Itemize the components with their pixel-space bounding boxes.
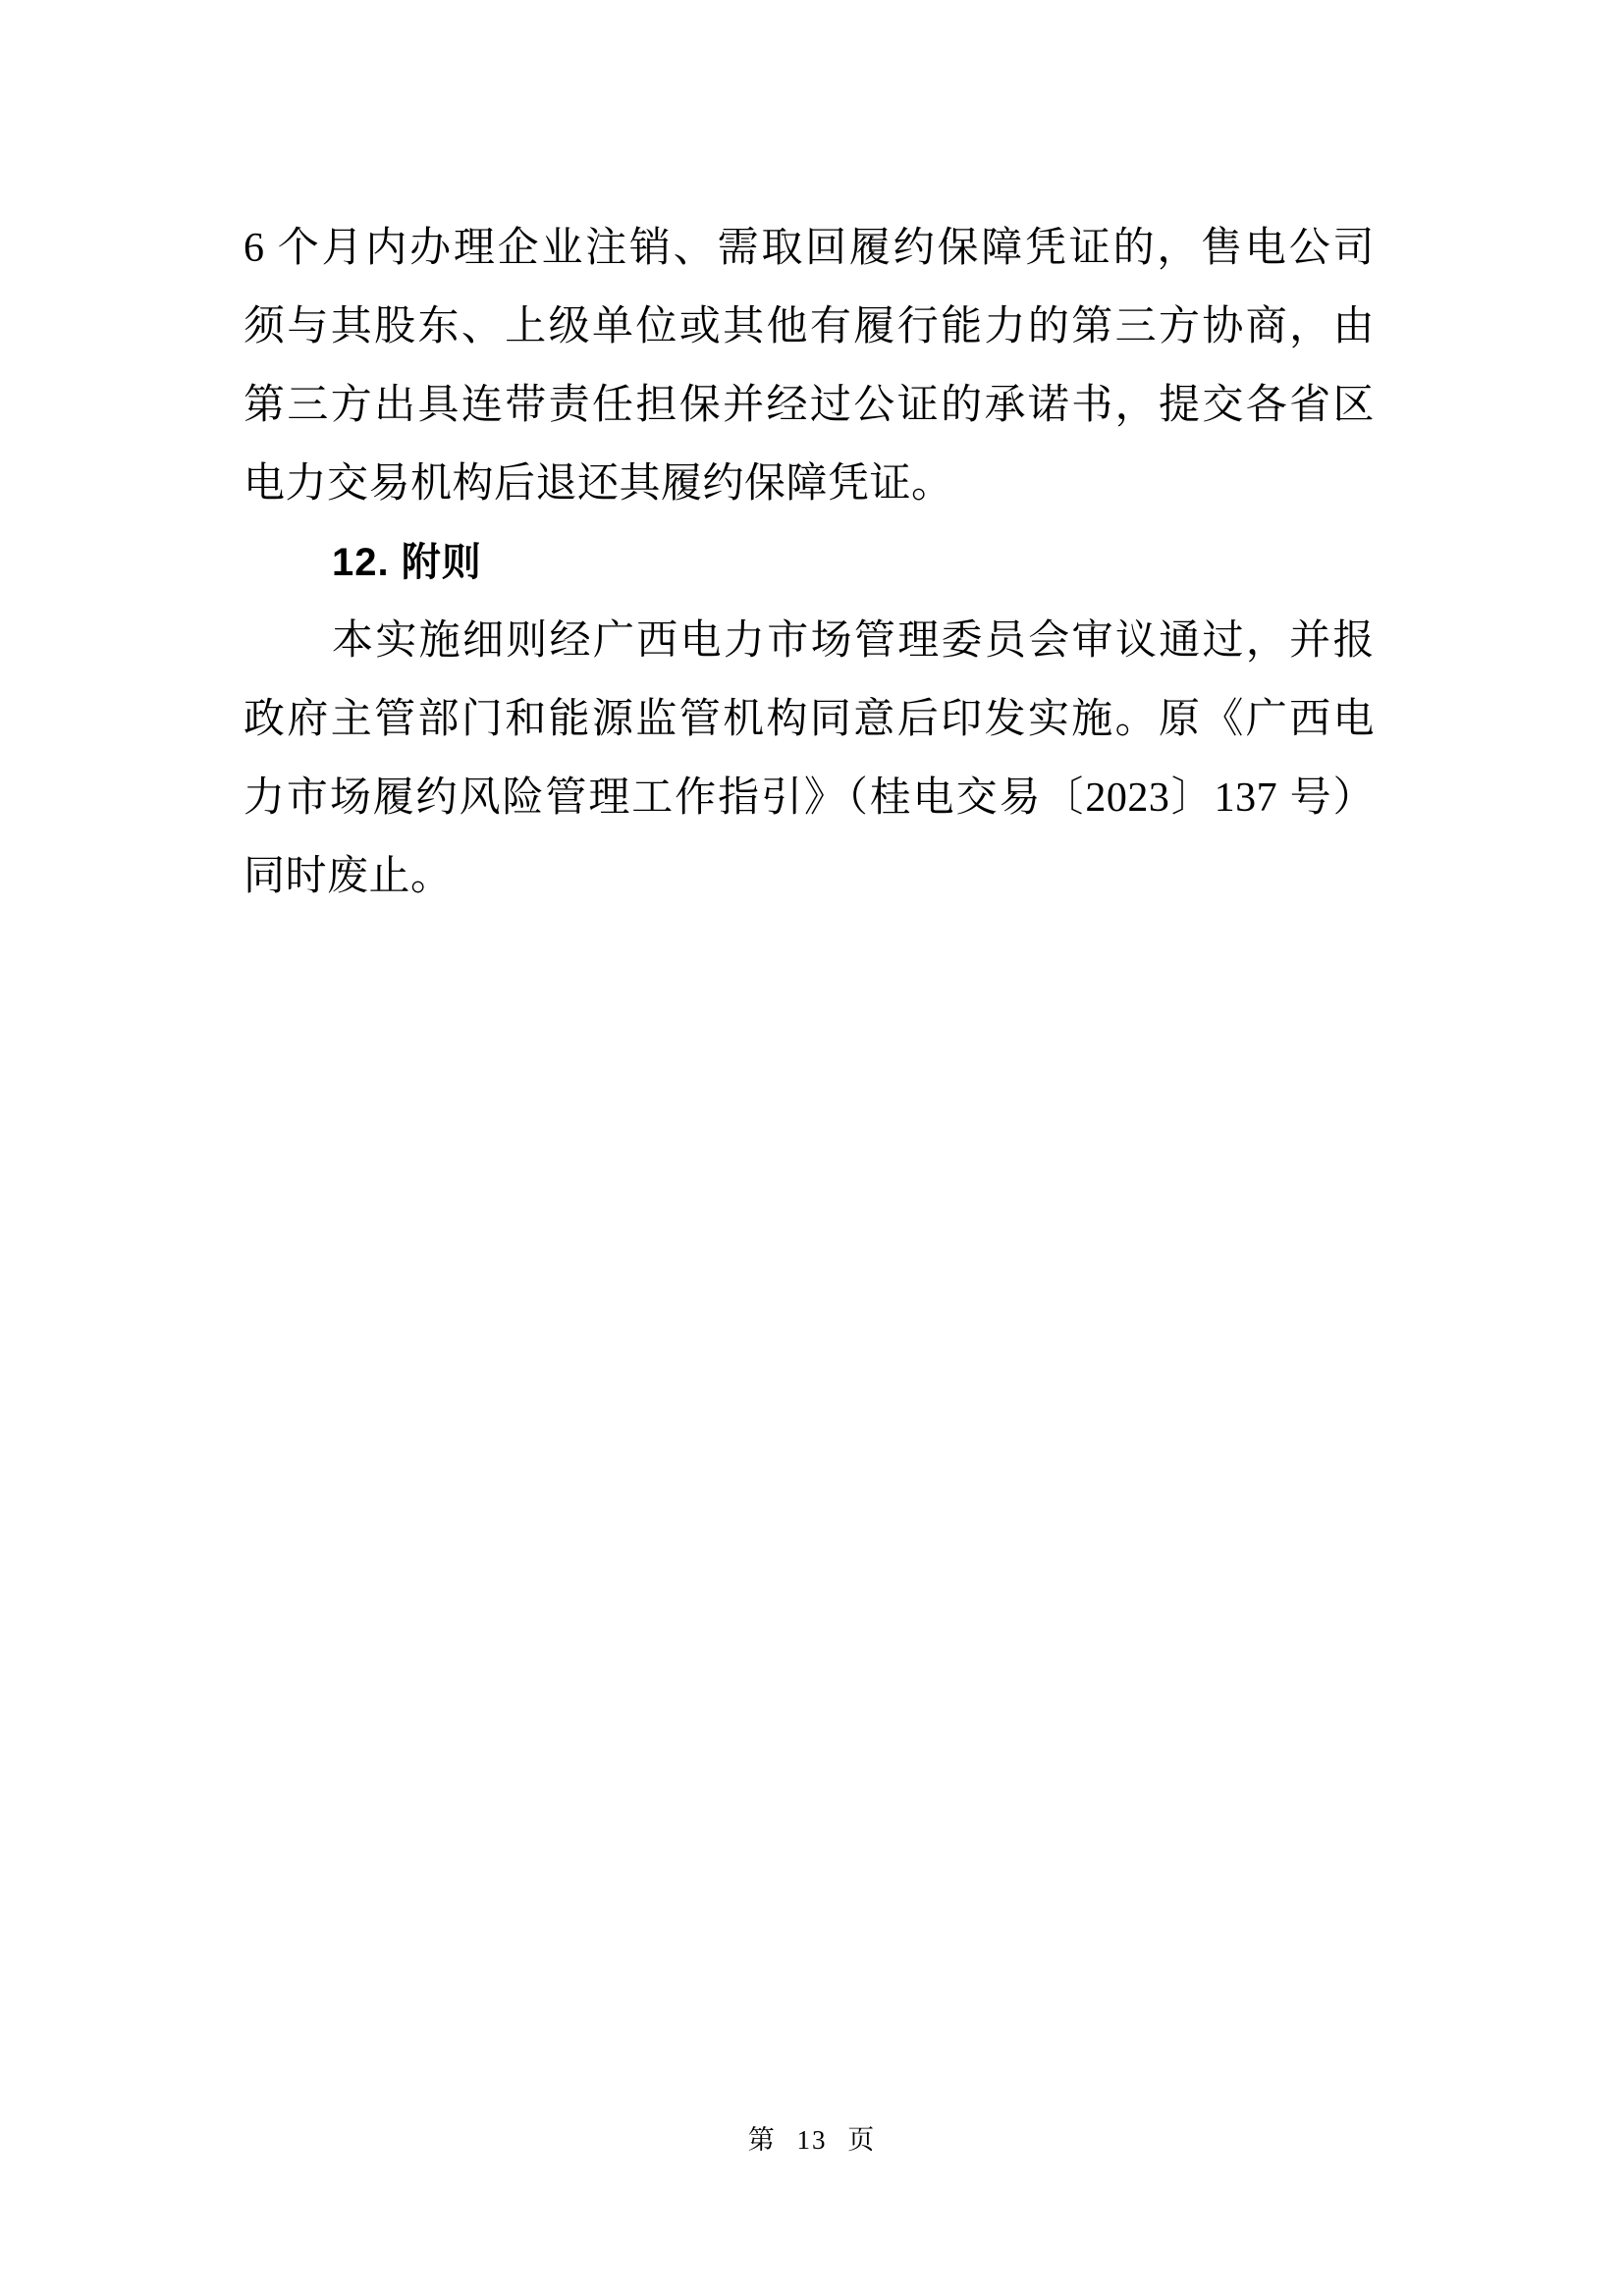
section-heading: 12. 附则	[244, 523, 1375, 602]
text-line: 力市场履约风险管理工作指引》（桂电交易〔2023〕137 号）	[244, 759, 1375, 837]
text-line: 第三方出具连带责任担保并经过公证的承诺书，提交各省区	[244, 366, 1375, 445]
text-line: 6 个月内办理企业注销、需取回履约保障凭证的，售电公司	[244, 209, 1375, 288]
text-line: 电力交易机构后退还其履约保障凭证。	[244, 445, 1375, 523]
text-line: 同时废止。	[244, 837, 1375, 916]
text-line: 政府主管部门和能源监管机构同意后印发实施。原《广西电	[244, 680, 1375, 759]
text-line: 本实施细则经广西电力市场管理委员会审议通过，并报	[244, 602, 1375, 680]
page-number-footer: 第 13 页	[0, 2122, 1624, 2158]
document-page: 6 个月内办理企业注销、需取回履约保障凭证的，售电公司须与其股东、上级单位或其他…	[0, 0, 1624, 2296]
text-line: 须与其股东、上级单位或其他有履行能力的第三方协商，由	[244, 288, 1375, 366]
document-text-block: 6 个月内办理企业注销、需取回履约保障凭证的，售电公司须与其股东、上级单位或其他…	[244, 209, 1375, 916]
